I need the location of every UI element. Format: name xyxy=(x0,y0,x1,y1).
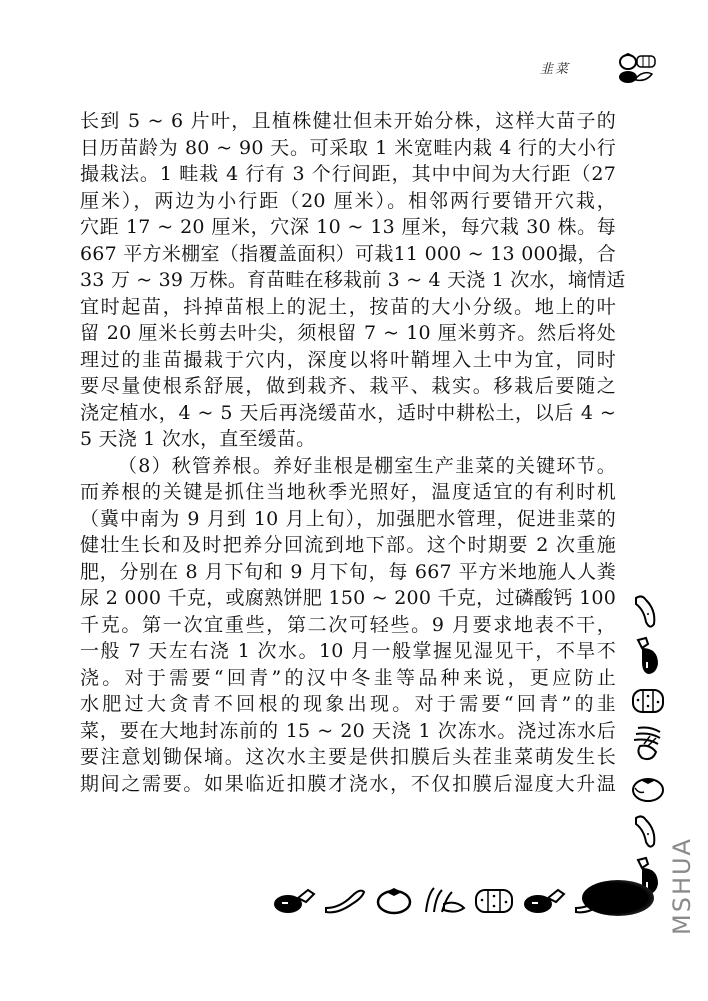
pumpkin-icon xyxy=(630,680,666,720)
cucumber-icon xyxy=(322,884,366,916)
text-line: 要尽量使根系舒展，做到栽齐、栽平、栽实。移栽后要随之 xyxy=(80,373,616,400)
cucumber-icon xyxy=(630,592,666,632)
tomato-icon xyxy=(372,884,416,916)
text-line: 厘米），两边为小行距（20 厘米）。相邻两行要错开穴栽， xyxy=(80,188,616,215)
text-line: 理过的韭苗撮栽于穴内，深度以将叶鞘埋入土中为宜，同时 xyxy=(80,347,616,374)
text-line: 尿 2 000 千克，或腐熟饼肥 150 ~ 200 千克，过磷酸钙 100 xyxy=(80,585,616,612)
text-line: 667 平方米棚室（指覆盖面积）可栽11 000 ~ 13 000撮，合 xyxy=(80,241,616,268)
text-line: 日历苗龄为 80 ~ 90 天。可采取 1 米宽畦内栽 4 行的大小行 xyxy=(80,135,616,162)
text-line: 宜时起苗，抖掉苗根上的泥土，按苗的大小分级。地上的叶 xyxy=(80,294,616,321)
page-corner-blob xyxy=(582,880,654,916)
eggplant-icon xyxy=(630,636,666,676)
side-decoration-column xyxy=(630,592,670,900)
tomato-icon xyxy=(630,768,666,808)
text-line: 长到 5 ~ 6 片叶，且植株健壮但未开始分株，这样大苗子的 xyxy=(80,108,616,135)
text-line: 菜，要在大地封冻前的 15 ~ 20 天浇 1 次冻水。浇过冻水后 xyxy=(80,718,616,745)
text-line: 一般 7 天左右浇 1 次水。10 月一般掌握见湿见干，不旱不 xyxy=(80,638,616,665)
text-line: 肥，分别在 8 月下旬和 9 月下旬，每 667 平方米地施人人粪 xyxy=(80,559,616,586)
paragraph-2: （8）秋管养根。养好韭根是棚室生产韭菜的关键环节。 而养根的关键是抓住当地秋季光… xyxy=(80,453,616,798)
text-line: 撮栽法。1 畦栽 4 行有 3 个行间距，其中中间为大行距（27 xyxy=(80,161,616,188)
text-line: 留 20 厘米长剪去叶尖，须根留 7 ~ 10 厘米剪齐。然后将处 xyxy=(80,320,616,347)
text-line: 浇。对于需要“回青”的汉中冬韭等品种来说，更应防止 xyxy=(80,665,616,692)
text-line: （冀中南为 9 月到 10 月上旬），加强肥水管理，促进韭菜的 xyxy=(80,506,616,533)
paragraph-1: 长到 5 ~ 6 片叶，且植株健壮但未开始分株，这样大苗子的 日历苗龄为 80 … xyxy=(80,108,616,453)
text-line: 期间之需要。如果临近扣膜才浇水，不仅扣膜后湿度大升温 xyxy=(80,771,616,798)
eggplant-icon xyxy=(522,884,566,916)
leafy-vegetable-icon xyxy=(422,884,466,916)
cucumber-icon xyxy=(630,812,666,852)
text-line: 健壮生长和及时把养分回流到地下部。这个时期要 2 次重施 xyxy=(80,532,616,559)
bottom-decoration-row xyxy=(272,880,616,920)
text-line: 33 万 ~ 39 万株。育苗畦在移栽前 3 ~ 4 天浇 1 次水，墒情适 xyxy=(80,267,616,294)
vegetable-cluster-icon xyxy=(618,52,658,86)
watermark: MSHUA xyxy=(668,837,696,935)
running-header: 韭菜 xyxy=(540,58,570,77)
leafy-vegetable-icon xyxy=(630,724,666,764)
text-line: 水肥过大贪青不回根的现象出现。对于需要“回青”的韭 xyxy=(80,691,616,718)
text-line: 浇定植水，4 ~ 5 天后再浇缓苗水，适时中耕松土，以后 4 ~ xyxy=(80,400,616,427)
text-line: 而养根的关键是抓住当地秋季光照好，温度适宜的有利时机 xyxy=(80,479,616,506)
text-line: 5 天浇 1 次水，直至缓苗。 xyxy=(80,426,616,453)
pumpkin-icon xyxy=(472,884,516,916)
text-line: 千克。第一次宜重些，第二次可轻些。9 月要求地表不干， xyxy=(80,612,616,639)
text-line: 穴距 17 ~ 20 厘米，穴深 10 ~ 13 厘米，每穴栽 30 株。每 xyxy=(80,214,616,241)
body-text: 长到 5 ~ 6 片叶，且植株健壮但未开始分株，这样大苗子的 日历苗龄为 80 … xyxy=(80,108,616,797)
text-line: 要注意划锄保墒。这次水主要是供扣膜后头茬韭菜萌发生长 xyxy=(80,744,616,771)
section-heading-line: （8）秋管养根。养好韭根是棚室生产韭菜的关键环节。 xyxy=(80,453,616,480)
eggplant-icon xyxy=(272,884,316,916)
